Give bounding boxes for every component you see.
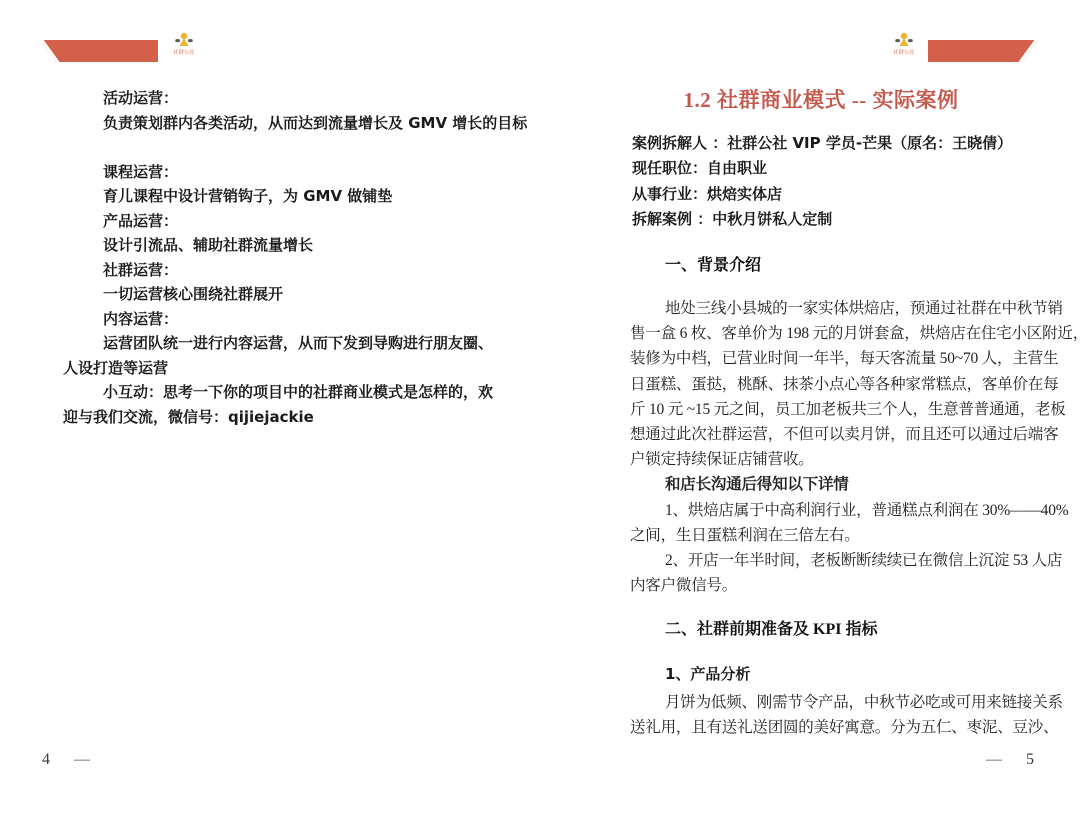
text-line: 之间，生日蛋糕利润在三倍左右。	[630, 523, 1020, 548]
page-number: 4	[42, 751, 50, 768]
case-info-block: 案例拆解人 ：社群公社 VIP 学员-芒果（原名：王晓倩）现任职位：自由职业从事…	[632, 131, 1012, 232]
brand-logo-right: 社群公社	[884, 32, 924, 56]
page-number: 5	[1026, 751, 1034, 768]
document-spread: 社群公社 社群公社 活动运营：负责策划群内各类活动，从而达到流量增长及 GMV …	[0, 0, 1080, 816]
text-line: 内客户微信号。	[630, 573, 1020, 598]
text-line: 月饼为低频、刚需节令产品，中秋节必吃或可用来链接关系	[630, 690, 1020, 715]
brand-icon	[884, 32, 924, 49]
left-page-text: 活动运营：负责策划群内各类活动，从而达到流量增长及 GMV 增长的目标课程运营：…	[63, 86, 523, 429]
text-line: 产品运营：	[63, 209, 523, 234]
heading-background: 一、背景介绍	[630, 252, 1012, 275]
text-line: 一切运营核心围绕社群展开	[63, 282, 523, 307]
product-analysis-paragraph: 月饼为低频、刚需节令产品，中秋节必吃或可用来链接关系送礼用，且有送礼送团圆的美好…	[630, 690, 1020, 740]
background-paragraphs: 地处三线小县城的一家实体烘焙店，预通过社群在中秋节销售一盒 6 枚、客单价为 1…	[630, 296, 1020, 598]
banner-stripe	[40, 38, 61, 66]
brand-logo-left: 社群公社	[164, 32, 204, 56]
text-line: 运营团队统一进行内容运营，从而下发到导购进行朋友圈、	[63, 331, 523, 356]
text-line: 装修为中档，已营业时间一年半，每天客流量 50~70 人，主营生	[630, 346, 1020, 371]
text-line: 日蛋糕、蛋挞，桃酥、抹茶小点心等各种家常糕点，客单价在每	[630, 372, 1020, 397]
brand-name: 社群公社	[886, 50, 922, 55]
text-line: 人设打造等运营	[63, 356, 523, 381]
text-line: 社群运营：	[63, 258, 523, 283]
text-line: 案例拆解人 ：社群公社 VIP 学员-芒果（原名：王晓倩）	[632, 131, 1012, 156]
text-line: 负责策划群内各类活动，从而达到流量增长及 GMV 增长的目标	[63, 111, 523, 136]
banner-stripe	[1017, 38, 1038, 66]
text-line: 从事行业：烘焙实体店	[632, 182, 1012, 207]
text-line: 迎与我们交流，微信号：qijiejackie	[63, 405, 523, 430]
footer-dash: —	[986, 751, 1002, 768]
blank-line	[63, 135, 523, 160]
text-line: 送礼用，且有送礼送团圆的美好寓意。分为五仁、枣泥、豆沙、	[630, 715, 1020, 740]
text-line: 2、开店一年半时间，老板断断续续已在微信上沉淀 53 人店	[630, 548, 1020, 573]
brand-name: 社群公社	[166, 50, 202, 55]
text-line: 拆解案例 ：中秋月饼私人定制	[632, 207, 1012, 232]
text-line: 设计引流品、辅助社群流量增长	[63, 233, 523, 258]
text-line: 内容运营：	[63, 307, 523, 332]
top-right-banner	[928, 40, 1038, 62]
text-line: 地处三线小县城的一家实体烘焙店，预通过社群在中秋节销	[630, 296, 1020, 321]
left-page-footer: 4—	[42, 751, 90, 769]
text-line: 和店长沟通后得知以下详情	[630, 472, 1020, 497]
text-line: 活动运营：	[63, 86, 523, 111]
right-page-footer: —5	[986, 751, 1034, 769]
text-line: 课程运营：	[63, 160, 523, 185]
heading-kpi: 二、社群前期准备及 KPI 指标	[630, 616, 1012, 639]
brand-icon	[164, 32, 204, 49]
text-line: 1、烘焙店属于中高利润行业，普通糕点利润在 30%——40%	[630, 498, 1020, 523]
section-title: 1.2 社群商业模式 -- 实际案例	[630, 84, 1012, 114]
text-line: 售一盒 6 枚、客单价为 198 元的月饼套盒，烘焙店在住宅小区附近，	[630, 321, 1020, 346]
text-line: 小互动：思考一下你的项目中的社群商业模式是怎样的，欢	[63, 380, 523, 405]
text-line: 现任职位：自由职业	[632, 156, 1012, 181]
subheading-product-analysis: 1、产品分析	[630, 663, 1012, 684]
footer-dash: —	[74, 751, 90, 768]
text-line: 想通过此次社群运营，不但可以卖月饼，而且还可以通过后端客	[630, 422, 1020, 447]
top-left-banner	[40, 40, 158, 62]
text-line: 育儿课程中设计营销钩子，为 GMV 做铺垫	[63, 184, 523, 209]
text-line: 斤 10 元 ~15 元之间，员工加老板共三个人，生意普普通通，老板	[630, 397, 1020, 422]
text-line: 户锁定持续保证店铺营收。	[630, 447, 1020, 472]
